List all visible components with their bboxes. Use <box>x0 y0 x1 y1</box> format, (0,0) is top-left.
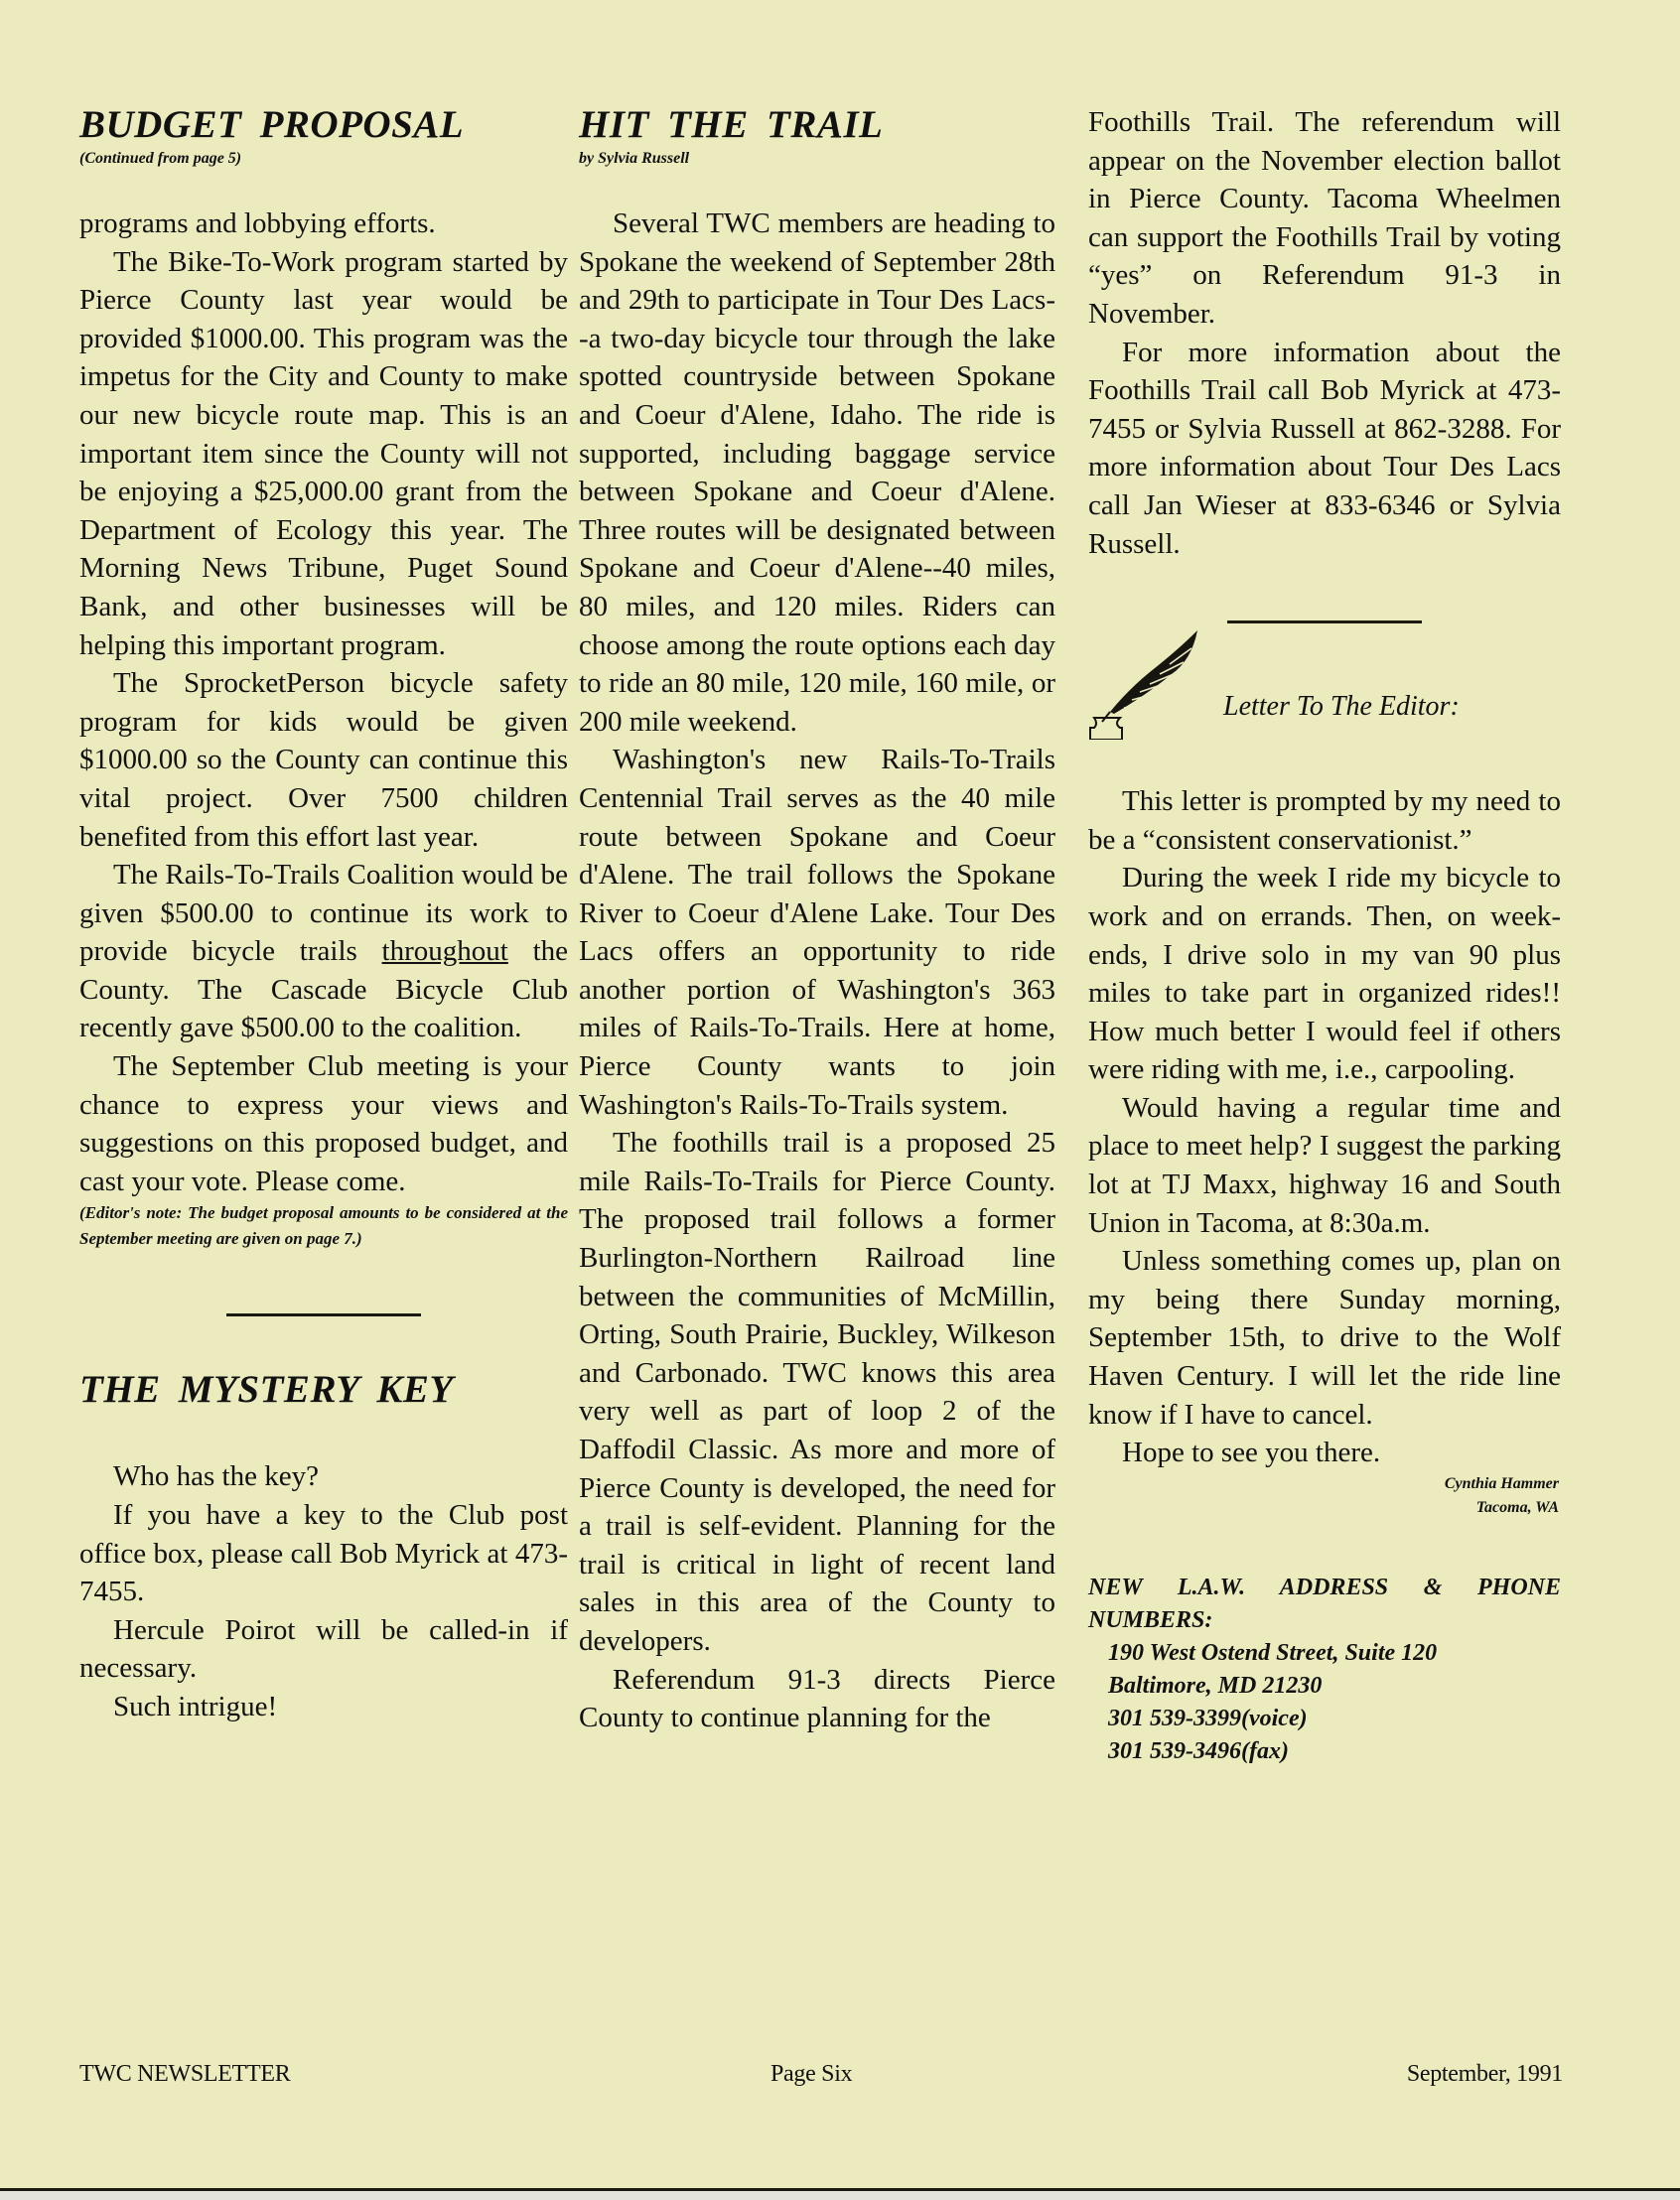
footer-date: September, 1991 <box>1407 2061 1563 2088</box>
trail-paragraph: The foothills trail is a proposed 25 mil… <box>579 1124 1055 1660</box>
law-title: NEW L.A.W. ADDRESS & PHONE NUMBERS: <box>1088 1572 1561 1637</box>
footer-publication: TWC NEWSLETTER <box>79 2061 290 2088</box>
trail-paragraph: Referendum 91-3 directs Pierce County to… <box>579 1661 1055 1737</box>
section-divider <box>1227 620 1422 623</box>
law-address-notice: NEW L.A.W. ADDRESS & PHONE NUMBERS: 190 … <box>1088 1572 1561 1768</box>
column-middle: HIT THE TRAIL by Sylvia Russell Several … <box>579 103 1055 1737</box>
letter-paragraph: Hope to see you there. <box>1088 1434 1561 1472</box>
mystery-key-article: THE MYSTERY KEY Who has the key? If you … <box>79 1368 568 1725</box>
letter-heading: Letter To The Editor: <box>1088 635 1561 745</box>
footer-page-number: Page Six <box>770 2061 852 2088</box>
scan-background-edge <box>0 2191 1680 2200</box>
section-divider <box>226 1313 421 1316</box>
letter-paragraph: This letter is prompted by my need to be… <box>1088 782 1561 859</box>
budget-paragraph-rails: The Rails-To-Trails Coalition would be g… <box>79 856 568 1047</box>
letter-paragraph: Unless something comes up, plan on my be… <box>1088 1242 1561 1434</box>
budget-proposal-article: BUDGET PROPOSAL (Continued from page 5) … <box>79 103 568 1252</box>
mystery-paragraph: If you have a key to the Club post offic… <box>79 1496 568 1611</box>
editor-note: (Editor's note: The budget proposal amou… <box>79 1200 568 1252</box>
letter-to-editor: Letter To The Editor: This letter is pro… <box>1088 635 1561 1520</box>
quill-and-inkwell-icon <box>1088 630 1197 745</box>
column-right: Foothills Trail. The referendum will app… <box>1088 103 1561 1768</box>
budget-paragraph: programs and lobbying efforts. <box>79 205 568 243</box>
trail-paragraph: Washington's new Rails-To-Trails Centenn… <box>579 741 1055 1124</box>
mystery-paragraph: Such intrigue! <box>79 1688 568 1726</box>
mystery-paragraph: Hercule Poirot will be called-in if nece… <box>79 1611 568 1688</box>
signature-place: Tacoma, WA <box>1088 1496 1561 1520</box>
budget-paragraph: The SprocketPerson bicycle safety progra… <box>79 664 568 856</box>
underlined-word: throughout <box>382 935 508 967</box>
law-phone-voice: 301 539-3399(voice) <box>1108 1703 1561 1735</box>
law-address-line: Baltimore, MD 21230 <box>1108 1670 1561 1703</box>
signature-name: Cynthia Hammer <box>1088 1472 1561 1496</box>
letter-paragraph: During the week I ride my bicycle to wor… <box>1088 859 1561 1089</box>
letter-title: Letter To The Editor: <box>1223 691 1460 723</box>
budget-paragraph: The September Club meeting is your chanc… <box>79 1047 568 1200</box>
mystery-paragraph: Who has the key? <box>79 1457 568 1496</box>
trail-byline: by Sylvia Russell <box>579 149 1055 169</box>
budget-continued-note: (Continued from page 5) <box>79 149 568 169</box>
newsletter-page: BUDGET PROPOSAL (Continued from page 5) … <box>0 0 1680 2191</box>
law-phone-fax: 301 539-3496(fax) <box>1108 1735 1561 1768</box>
hit-the-trail-article: HIT THE TRAIL by Sylvia Russell Several … <box>579 103 1055 1737</box>
trail-headline: HIT THE TRAIL <box>579 103 1055 147</box>
mystery-headline: THE MYSTERY KEY <box>79 1368 568 1412</box>
law-address-line: 190 West Ostend Street, Suite 120 <box>1108 1637 1561 1670</box>
trail-continued-paragraph: Foothills Trail. The referendum will app… <box>1088 103 1561 334</box>
budget-paragraph: The Bike-To-Work program started by Pier… <box>79 243 568 665</box>
trail-continued-paragraph: For more information about the Foothills… <box>1088 334 1561 564</box>
trail-paragraph: Several TWC members are heading to Spoka… <box>579 205 1055 741</box>
column-left: BUDGET PROPOSAL (Continued from page 5) … <box>79 103 568 1726</box>
budget-headline: BUDGET PROPOSAL <box>79 103 568 147</box>
trail-continued: Foothills Trail. The referendum will app… <box>1088 103 1561 563</box>
letter-paragraph: Would having a regular time and place to… <box>1088 1089 1561 1242</box>
